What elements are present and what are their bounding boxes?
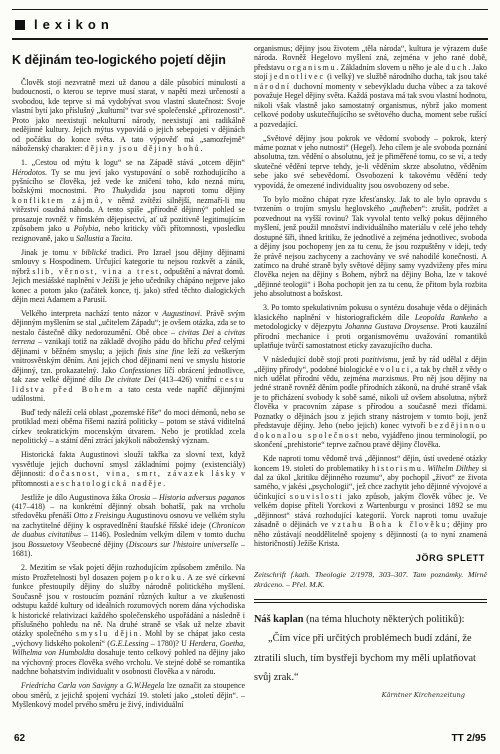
article-body: K dějinám teo-logického pojetí dějin Člo… — [12, 44, 488, 714]
kaplan-lead: Náš kaplan (na téma hluchoty některých p… — [254, 611, 487, 629]
left-paragraphs: Člověk stojí nezvratně mezi už danou a d… — [12, 78, 245, 710]
page-number: 62 — [14, 733, 25, 744]
article-title: K dějinám teo-logického pojetí dějin — [12, 53, 245, 67]
paragraph: Historická fakta Augustinovi slouží takř… — [12, 450, 245, 488]
paragraph: Kde naproti tomu vědomě trvá „dějinnost“… — [254, 454, 487, 549]
section-divider — [254, 599, 487, 603]
header-rule — [12, 38, 488, 40]
paragraph: 1. „Cestou od mýtu k logu“ se na Západě … — [12, 158, 245, 243]
kaplan-quote: „Čím více při určitých problémech budí z… — [254, 629, 487, 688]
author-byline: JÖRG SPLETT — [256, 554, 485, 563]
section-header: lexikon — [12, 10, 488, 38]
paragraph: „Světové dějiny jsou pokrok ve vědomí sv… — [254, 134, 487, 191]
kaplan-title: Náš kaplan — [254, 614, 304, 625]
paragraph: Buď tedy náleží celá oblast „pozemské ří… — [12, 408, 245, 446]
paragraph: Velkého interpreta nachází tento názor v… — [12, 309, 245, 404]
paragraph: Friedricha Carla von Savigny a G.W.Hegel… — [12, 681, 245, 709]
kaplan-note: Náš kaplan (na téma hluchoty některých p… — [254, 611, 487, 700]
source-note: Zeitschrift f.kath. Theologie 2/1978, 30… — [254, 570, 487, 589]
left-column: K dějinám teo-logického pojetí dějin Člo… — [12, 44, 245, 714]
magazine-page: lexikon K dějinám teo-logického pojetí d… — [0, 0, 500, 754]
section-marker-icon — [15, 20, 25, 30]
paragraph: V následující době stojí proti pozitivis… — [254, 355, 487, 450]
paragraph: To bylo možno chápat ryze křesťansky. Ja… — [254, 195, 487, 299]
kaplan-topic: (na téma hluchoty některých politiků): — [304, 614, 465, 625]
right-paragraphs: organismus; dějiny jsou životem „těla ná… — [254, 44, 487, 549]
page-footer: 62 TT 2/95 — [14, 733, 486, 744]
section-label: lexikon — [34, 17, 114, 32]
issue-label: TT 2/95 — [452, 733, 486, 744]
paragraph: organismus; dějiny jsou životem „těla ná… — [254, 44, 487, 129]
paragraph: Jinak je tomu v biblické tradici. Pro Iz… — [12, 248, 245, 305]
paragraph: Jestliže je dílo Augustinova žáka Orosia… — [12, 493, 245, 559]
kaplan-attribution: Kärntner Kirchenzeitung — [254, 691, 487, 700]
right-column: organismus; dějiny jsou životem „těla ná… — [254, 44, 487, 714]
paragraph: 2. Mezitím se však pojetí dějin rozhoduj… — [12, 563, 245, 676]
paragraph: Člověk stojí nezvratně mezi už danou a d… — [12, 78, 245, 154]
paragraph: 3. Po tomto spekulativním pokusu o synté… — [254, 303, 487, 350]
